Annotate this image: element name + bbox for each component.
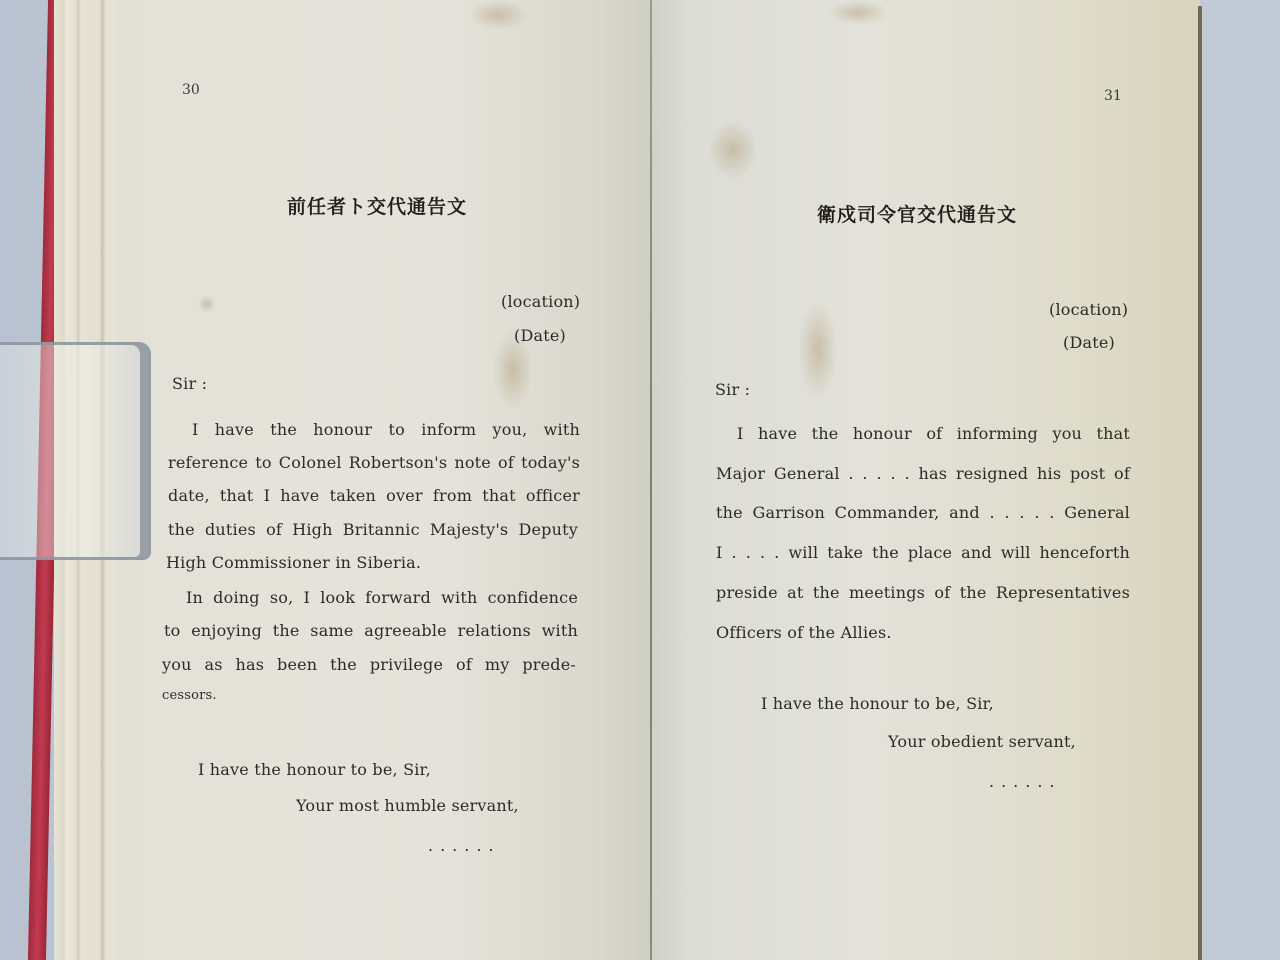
foxing-stain <box>468 0 528 30</box>
left-date: (Date) <box>514 326 566 345</box>
foxing-stain <box>198 295 216 313</box>
foxing-stain <box>708 120 758 180</box>
foxing-stain <box>828 0 888 25</box>
left-body-line: reference to Colonel Robertson's note of… <box>168 453 580 472</box>
page-number-left: 30 <box>182 82 200 98</box>
book-gutter <box>650 0 652 960</box>
right-page-title: 衛戍司令官交代通告文 <box>817 200 1017 227</box>
right-sign-off: Your obedient servant, <box>888 732 1076 751</box>
right-body-line: preside at the meetings of the Represent… <box>716 583 1130 602</box>
right-salutation: Sir : <box>715 380 750 399</box>
right-closing: I have the honour to be, Sir, <box>761 694 994 713</box>
right-body-line: I . . . . will take the place and will h… <box>716 543 1130 562</box>
right-body-line: Officers of the Allies. <box>716 623 892 642</box>
acrylic-page-holder <box>0 342 151 560</box>
foxing-stain <box>798 300 838 400</box>
left-sign-off: Your most humble servant, <box>296 796 519 815</box>
left-body-line: you as has been the privilege of my pred… <box>162 655 576 674</box>
left-salutation: Sir : <box>172 374 207 393</box>
left-body-line: In doing so, I look forward with confide… <box>186 588 578 607</box>
left-location: (location) <box>501 292 580 311</box>
left-signature-placeholder: ...... <box>428 836 501 855</box>
right-body-line: the Garrison Commander, and . . . . . Ge… <box>716 503 1130 522</box>
left-body-line: High Commissioner in Siberia. <box>166 553 421 572</box>
right-page-edge <box>1198 6 1202 960</box>
right-location: (location) <box>1049 300 1128 319</box>
right-body-line: Major General . . . . . has resigned his… <box>716 464 1130 483</box>
left-body-line: to enjoying the same agreeable relations… <box>164 621 578 640</box>
open-book-photo: 30 前任者ト交代通告文 (location) (Date) Sir : I h… <box>0 0 1280 960</box>
left-body-line: date, that I have taken over from that o… <box>168 486 580 505</box>
left-page-title: 前任者ト交代通告文 <box>287 192 467 219</box>
right-signature-placeholder: ...... <box>989 772 1062 791</box>
left-body-line: the duties of High Britannic Majesty's D… <box>168 520 578 539</box>
right-body-line: I have the honour of informing you that <box>737 424 1130 443</box>
left-body-line: cessors. <box>162 688 217 703</box>
left-closing: I have the honour to be, Sir, <box>198 760 431 779</box>
left-body-line: I have the honour to inform you, with <box>192 420 580 439</box>
page-number-right: 31 <box>1104 88 1122 104</box>
left-page <box>118 0 652 960</box>
right-date: (Date) <box>1063 333 1115 352</box>
